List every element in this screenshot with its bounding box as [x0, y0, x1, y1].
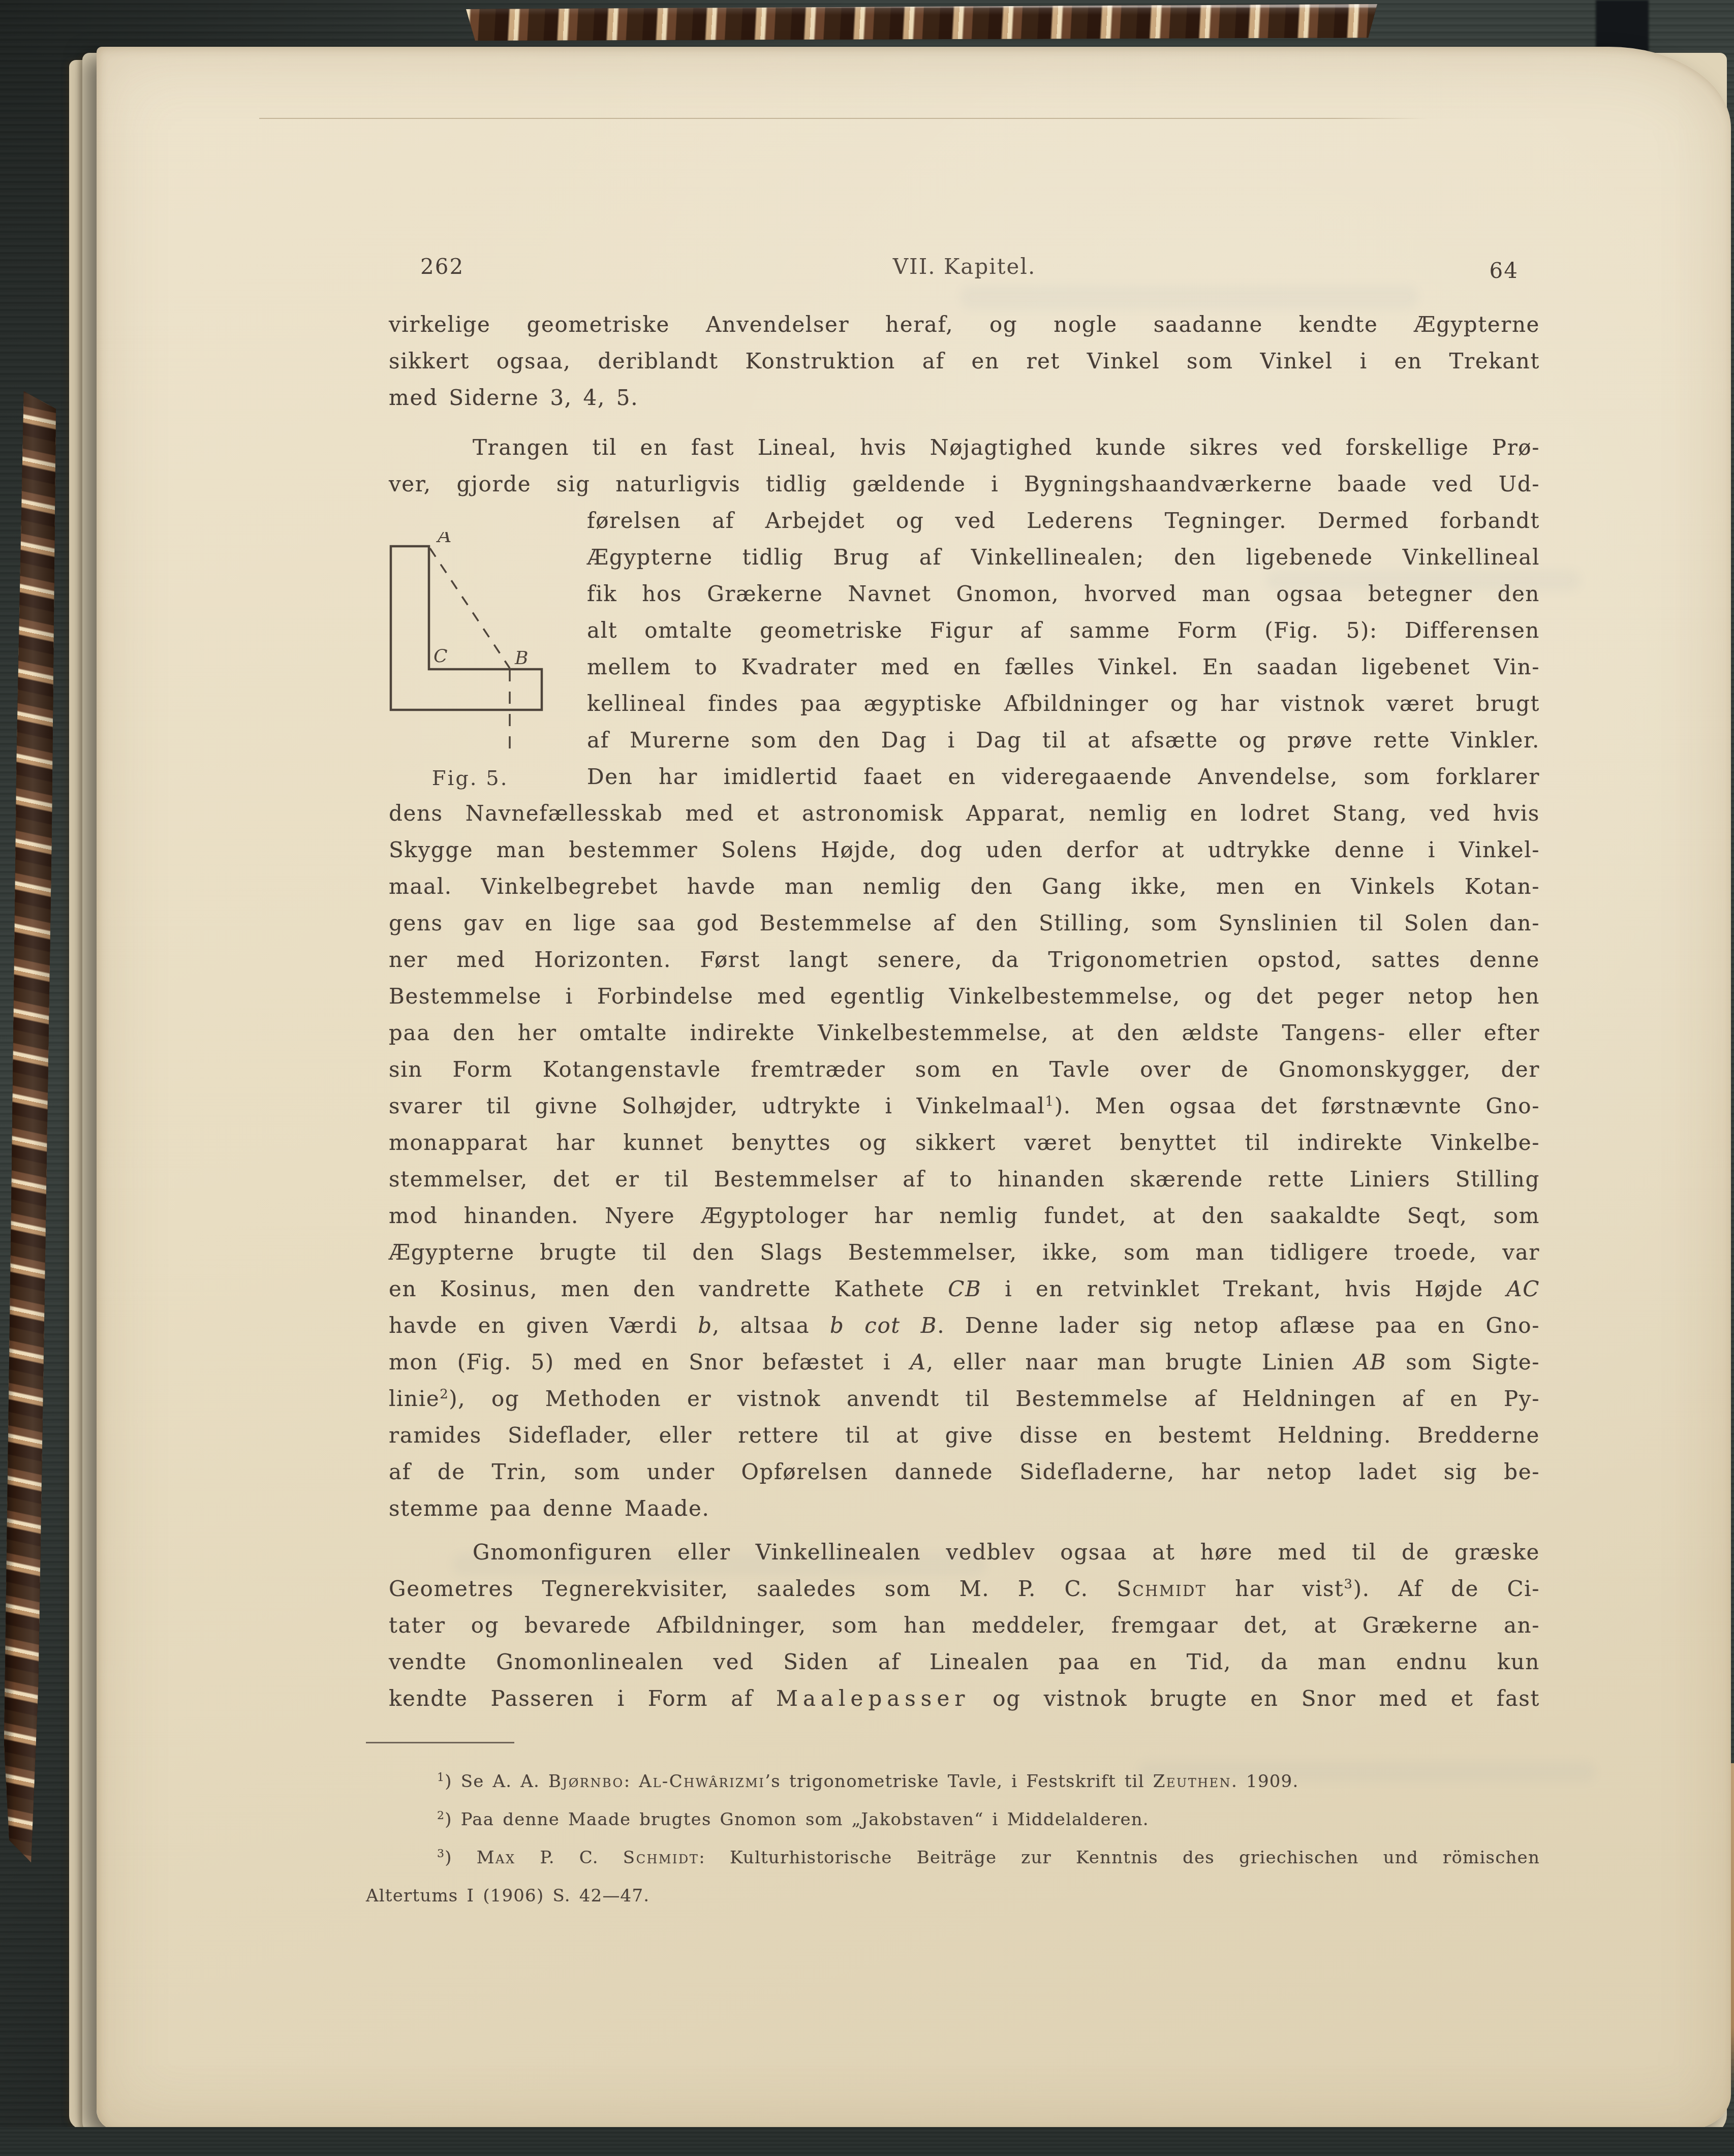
styled-text-segment: b cot B [830, 1313, 937, 1338]
text-line: Ægypterne brugte til den Slags Bestemmel… [389, 1234, 1540, 1271]
printed-content: 262 VII. Kapitel. 64 virkelige geometris… [97, 47, 1731, 2130]
text-line: mon (Fig. 5) med en Snor befæstet i A, e… [389, 1344, 1540, 1381]
footnote-rule [366, 1742, 514, 1743]
styled-text-segment: AB [1354, 1350, 1386, 1374]
gnomon-diagram: A C B [389, 532, 556, 761]
text-line: 1) Se A. A. Bjørnbo: Al-Chwârizmi’s trig… [366, 1763, 1540, 1801]
styled-text-segment: b [698, 1313, 713, 1338]
footnotes-text: 1) Se A. A. Bjørnbo: Al-Chwârizmi’s trig… [366, 1763, 1540, 1915]
styled-text-segment: Al-Chwârizmi [639, 1771, 765, 1792]
text-line: Den har imidlertid faaet en videregaaend… [389, 759, 1540, 795]
body-text: virkelige geometriske Anvendelser heraf,… [389, 306, 1540, 1717]
styled-text-segment: AC [1506, 1276, 1540, 1301]
figure-caption: Fig. 5. [389, 767, 551, 790]
styled-text-segment: 2 [437, 1809, 445, 1822]
text-line: Bestemmelse i Forbindelse med egentlig V… [389, 978, 1540, 1015]
styled-text-segment: Max [477, 1848, 516, 1868]
styled-text-segment: Zeuthen [1153, 1771, 1231, 1792]
text-line: mod hinanden. Nyere Ægyptologer har neml… [389, 1198, 1540, 1234]
styled-text-segment: 1 [1045, 1094, 1055, 1109]
text-line: paa den her omtalte indirekte Vinkelbest… [389, 1015, 1540, 1051]
text-line: alt omtalte geometriske Figur af samme F… [389, 612, 1540, 649]
text-line: maal. Vinkelbegrebet havde man nemlig de… [389, 868, 1540, 905]
text-line: Altertums I (1906) S. 42—47. [366, 1877, 1540, 1915]
text-line: Skygge man bestemmer Solens Højde, dog u… [389, 832, 1540, 868]
text-line: fik hos Grækerne Navnet Gnomon, hvorved … [389, 576, 1540, 612]
text-line: stemmelser, det er til Bestemmelser af t… [389, 1161, 1540, 1198]
text-line: monapparat har kunnet benyttes og sikker… [389, 1124, 1540, 1161]
styled-text-segment: 3 [437, 1848, 445, 1860]
text-line: 2) Paa denne Maade brugtes Gnomon som „J… [366, 1801, 1540, 1839]
styled-text-segment: 2 [440, 1387, 449, 1402]
text-line: kellineal findes paa ægyptiske Afbildnin… [389, 685, 1540, 722]
text-line: dens Navnefællesskab med et astronomisk … [389, 795, 1540, 832]
text-line: virkelige geometriske Anvendelser heraf,… [389, 306, 1540, 343]
styled-text-segment: 1 [437, 1771, 445, 1784]
figure-label-c: C [433, 646, 448, 667]
text-line: kendte Passeren i Form af Maalepasser og… [389, 1680, 1540, 1717]
styled-text-segment: Bjørnbo [548, 1771, 624, 1792]
page-number-right: 64 [1490, 258, 1519, 283]
text-line: Ægypterne tidlig Brug af Vinkellinealen;… [389, 539, 1540, 576]
figure-label-a: A [436, 532, 451, 547]
text-line: havde en given Værdi b, altsaa b cot B. … [389, 1307, 1540, 1344]
text-line: Trangen til en fast Lineal, hvis Nøjagti… [389, 429, 1540, 466]
text-line: vendte Gnomonlinealen ved Siden af Linea… [389, 1644, 1540, 1680]
styled-text-segment: Schmidt [623, 1848, 699, 1868]
cover-bottom-band [0, 2127, 1734, 2156]
marbled-top-edge [466, 4, 1377, 41]
text-line: ver, gjorde sig naturligvis tidlig gælde… [389, 466, 1540, 503]
figure-5: A C B Fig. 5. [389, 532, 556, 817]
text-line: sikkert ogsaa, deriblandt Konstruktion a… [389, 343, 1540, 380]
text-line: tater og bevarede Afbildninger, som han … [389, 1607, 1540, 1644]
styled-text-segment: CB [948, 1276, 981, 1301]
text-line: Geometres Tegnerekvisiter, saaledes som … [389, 1571, 1540, 1607]
text-line: gens gav en lige saa god Bestemmelse af … [389, 905, 1540, 942]
text-line: ramides Sideflader, eller rettere til at… [389, 1417, 1540, 1454]
figure-label-b: B [514, 648, 528, 669]
book-page: 262 VII. Kapitel. 64 virkelige geometris… [97, 47, 1731, 2130]
styled-text-segment: A [910, 1350, 926, 1374]
text-line: stemme paa denne Maade. [389, 1490, 1540, 1527]
text-line: med Siderne 3, 4, 5. [389, 380, 1540, 416]
text-line: linie2), og Methoden er vistnok anvendt … [389, 1381, 1540, 1417]
footnotes: 1) Se A. A. Bjørnbo: Al-Chwârizmi’s trig… [366, 1742, 1540, 1915]
text-line: af Murerne som den Dag i Dag til at afsæ… [389, 722, 1540, 759]
text-line: af de Trin, som under Opførelsen dannede… [389, 1454, 1540, 1490]
gnomon-outline [391, 546, 542, 710]
text-line: Gnomonfiguren eller Vinkellinealen vedbl… [389, 1534, 1540, 1571]
text-line: førelsen af Arbejdet og ved Lederens Teg… [389, 503, 1540, 539]
chapter-title: VII. Kapitel. [389, 254, 1540, 279]
styled-text-segment: Maalepasser [776, 1686, 970, 1711]
marbled-left-edge [4, 391, 56, 1862]
text-line: svarer til givne Solhøjder, udtrykte i V… [389, 1088, 1540, 1124]
text-line: sin Form Kotangenstavle fremtræder som e… [389, 1051, 1540, 1088]
text-line: ner med Horizonten. Først langt senere, … [389, 942, 1540, 978]
book-scan-canvas: 262 VII. Kapitel. 64 virkelige geometris… [0, 0, 1734, 2156]
running-header: 262 VII. Kapitel. 64 [389, 254, 1540, 285]
text-line: 3) Max P. C. Schmidt: Kulturhistorische … [366, 1839, 1540, 1877]
styled-text-segment: Schmidt [1117, 1576, 1207, 1601]
text-line: mellem to Kvadrater med en fælles Vinkel… [389, 649, 1540, 685]
styled-text-segment: 3 [1344, 1577, 1353, 1592]
text-line: en Kosinus, men den vandrette Kathete CB… [389, 1271, 1540, 1307]
